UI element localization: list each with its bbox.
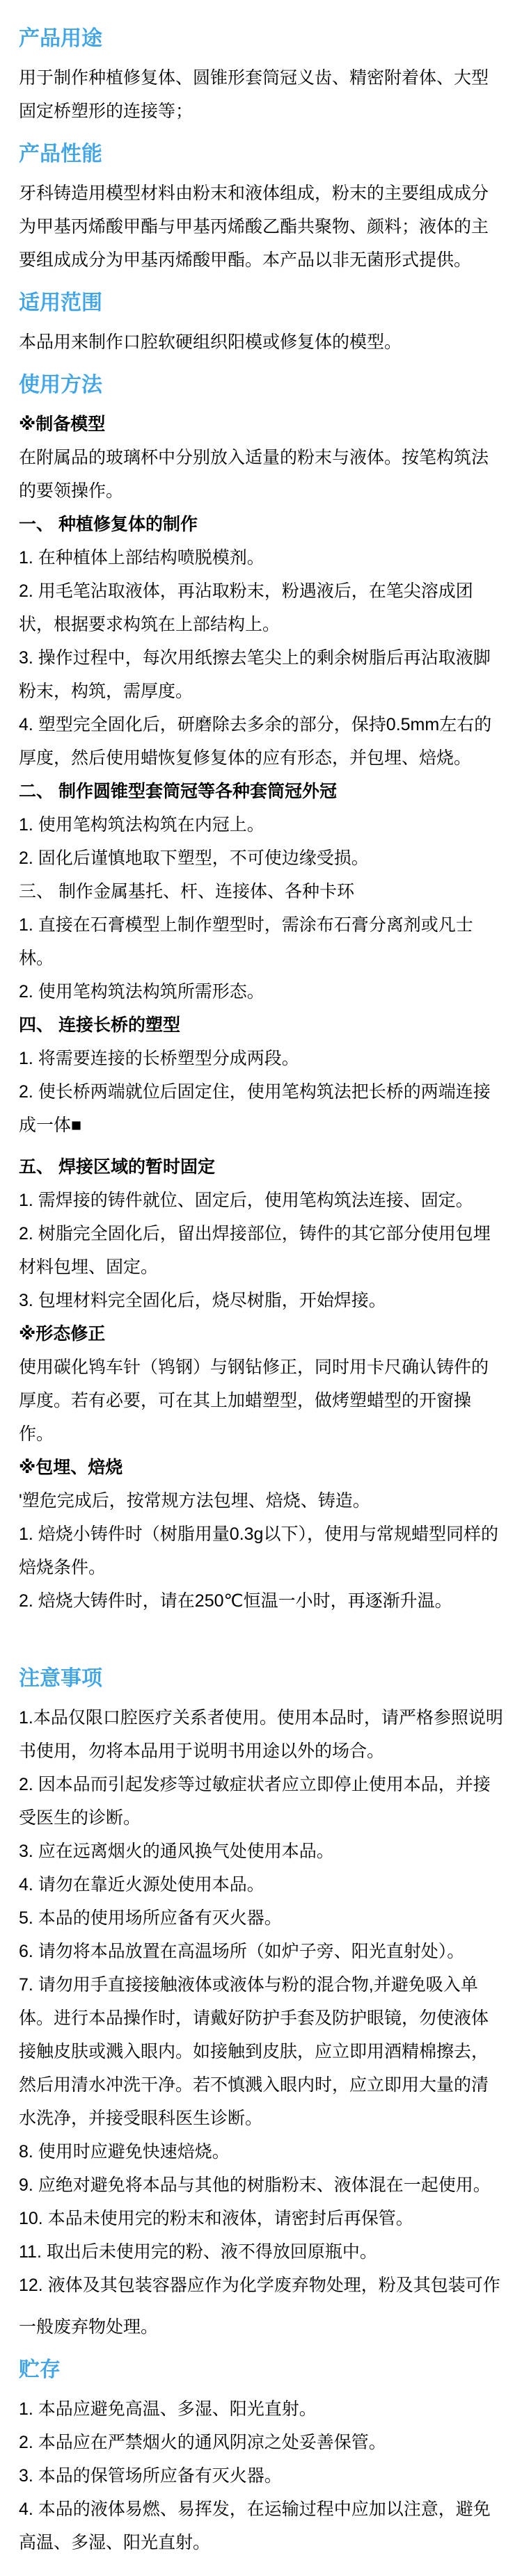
list-item: 1. 使用笔构筑法构筑在内冠上。 [19,808,504,842]
list-item: 3. 包埋材料完全固化后，烧尽树脂，开始焊接。 [19,1284,504,1317]
list-item: 6. 请勿将本品放置在高温场所（如炉子旁、阳光直射处）。 [19,1935,504,1968]
para-shape-correction: 使用碳化鸨车针（鸨钢）与钢钻修正，同时用卡尺确认铸件的厚度。若有必要，可在其上加… [19,1351,504,1451]
subheading-cone-telescopic-crown: 二、 制作圆锥型套筒冠等各种套筒冠外冠 [19,775,504,808]
list-item: 3. 本品的保管场所应备有灭火器。 [19,2459,504,2493]
list-item: 1. 将需要连接的长桥塑型分成两段。 [19,1042,504,1075]
subheading-implant-restoration: 一、 种植修复体的制作 [19,508,504,541]
instruction-document: 产品用途 用于制作种植修复体、圆锥形套筒冠义齿、精密附着体、大型固定桥塑形的连接… [0,0,522,2576]
list-item: 1. 需焊接的铸件就位、固定后，使用笔构筑法连接、固定。 [19,1184,504,1217]
para-scope: 本品用来制作口腔软硬组织阳模或修复体的模型。 [19,325,504,359]
subheading-investing-burnout: ※包埋、焙烧 [19,1451,504,1484]
subheading-prepare-model: ※制备模型 [19,408,504,441]
list-item: 2. 焙烧大铸件时，请在250℃恒温一小时，再逐渐升温。 [19,1584,504,1618]
list-item: 1. 直接在石膏模型上制作塑型时，需涂布石膏分离剂或凡士林。 [19,908,504,975]
para-prepare-model: 在附属品的玻璃杯中分别放入适量的粉末与液体。按笔构筑法的要领操作。 [19,441,504,508]
list-item: 1. 在种植体上部结构喷脱模剂。 [19,541,504,574]
list-item: 1. 焙烧小铸件时（树脂用量0.3g以下），使用与常规蜡型同样的焙烧条件。 [19,1518,504,1584]
heading-usage-method: 使用方法 [19,369,504,402]
subheading-metal-base: 三、 制作金属基托、杆、连接体、各种卡环 [19,875,504,908]
list-item: 2. 使用笔构筑法构筑所需形态。 [19,975,504,1008]
list-item: 10. 本品未使用完的粉末和液体，请密封后再保管。 [19,2202,504,2235]
list-item: 2. 固化后谨慎地取下塑型，不可使边缘受损。 [19,842,504,875]
subheading-shape-correction: ※形态修正 [19,1317,504,1351]
subheading-long-bridge: 四、 连接长桥的塑型 [19,1008,504,1042]
list-item-continuation: 一般废弃物处理。 [19,2310,504,2344]
para-product-performance: 牙科铸造用模型材料由粉末和液体组成，粉末的主要组成成分为甲基丙烯酸甲酯与甲基丙烯… [19,177,504,277]
heading-scope: 适用范围 [19,287,504,320]
list-item: 1.本品仅限口腔医疗关系者使用。使用本品时，请严格参照说明书使用，勿将本品用于说… [19,1701,504,1768]
heading-storage: 贮存 [19,2353,504,2387]
list-item: 4. 请勿在靠近火源处使用本品。 [19,1868,504,1901]
heading-product-performance: 产品性能 [19,138,504,171]
list-item: 4. 本品的液体易燃、易挥发，在运输过程中应加以注意，避免高温、多湿、阳光直射。 [19,2493,504,2559]
list-item: 5. 本品的使用场所应备有灭火器。 [19,1901,504,1935]
list-item: 2. 使长桥两端就位后固定住，使用笔构筑法把长桥的两端连接成一体■ [19,1075,504,1142]
list-item: 2. 因本品而引起发疹等过敏症状者应立即停止使用本品，并接受医生的诊断。 [19,1768,504,1835]
list-item: 3. 应在远离烟火的通风换气处使用本品。 [19,1835,504,1868]
list-item: 2. 用毛笔沾取液体，再沾取粉末，粉遇液后，在笔尖溶成团状，根据要求构筑在上部结… [19,574,504,641]
subheading-welding-temporary-fix: 五、 焊接区域的暂时固定 [19,1150,504,1184]
list-item: 2. 树脂完全固化后，留出焊接部位，铸件的其它部分使用包埋材料包埋、固定。 [19,1217,504,1284]
para-investing-burnout: '塑危完成后，按常规方法包埋、焙烧、铸造。 [19,1484,504,1518]
list-item: 2. 本品应在严禁烟火的通风阴凉之处妥善保管。 [19,2426,504,2459]
para-product-purpose: 用于制作种植修复体、圆锥形套筒冠义齿、精密附着体、大型固定桥塑形的连接等； [19,61,504,128]
list-item: 11. 取出后未使用完的粉、液不得放回原瓶中。 [19,2235,504,2269]
list-item: 3. 操作过程中，每次用纸擦去笔尖上的剩余树脂后再沾取液脚粉末，构筑，需厚度。 [19,641,504,708]
list-item: 9. 应绝对避免将本品与其他的树脂粉末、液体混在一起使用。 [19,2168,504,2202]
list-item: 1. 本品应避免高温、多湿、阳光直射。 [19,2392,504,2426]
list-item: 8. 使用时应避免快速焙烧。 [19,2135,504,2168]
heading-product-purpose: 产品用途 [19,22,504,56]
list-item: 4. 塑型完全固化后，研磨除去多余的部分，保持0.5mm左右的厚度，然后使用蜡恢… [19,708,504,775]
heading-precautions: 注意事项 [19,1662,504,1696]
list-item: 12. 液体及其包装容器应作为化学废弃物处理，粉及其包装可作 [19,2269,504,2302]
list-item: 7. 请勿用手直接接触液体或液体与粉的混合物,并避免吸入单体。进行本品操作时，请… [19,1968,504,2135]
